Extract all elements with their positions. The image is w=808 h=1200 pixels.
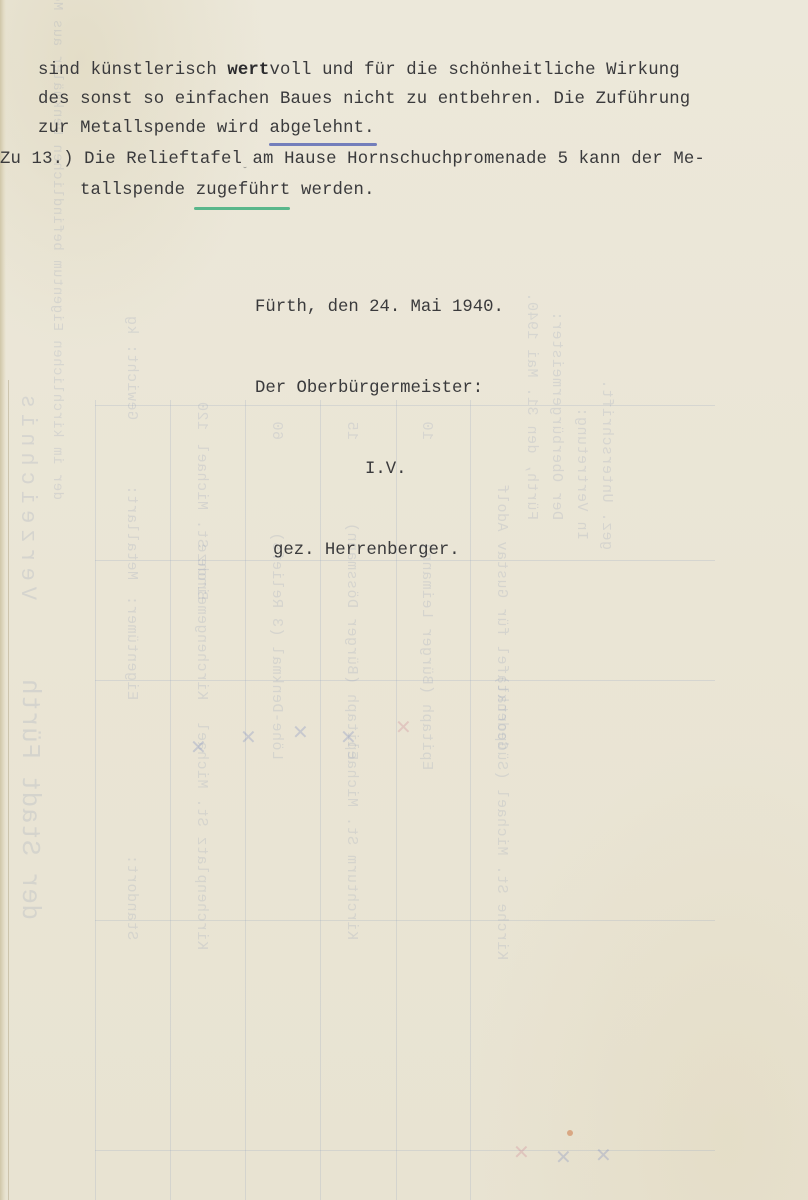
paragraph-line-2: des sonst so einfachen Baues nicht zu en… <box>38 85 690 114</box>
signed-by: gez. Herrenberger. <box>255 537 504 564</box>
signature-block: Fürth, den 24. Mai 1940. Der Oberbürgerm… <box>255 240 504 618</box>
bleed-x-mark: ✕ <box>240 725 257 749</box>
text-segment: werden. <box>290 181 374 200</box>
underlined-rejected-text: abgelehnt. <box>269 114 374 143</box>
bleed-table-line <box>95 1150 715 1151</box>
signatory-title: Der Oberbürgermeister: <box>255 375 504 402</box>
page-binding-edge <box>0 0 6 1200</box>
bleed-text: 120 <box>193 401 210 430</box>
bleed-table-line <box>95 400 96 1200</box>
bleed-text: Bronze <box>193 543 210 600</box>
bleed-text: der Stadt Fürth <box>15 678 45 920</box>
place-date: Fürth, den 24. Mai 1940. <box>255 294 504 321</box>
bold-text-segment: wert <box>227 61 269 80</box>
ink-stain <box>567 1130 573 1136</box>
bleed-x-mark: ✕ <box>513 1140 530 1164</box>
bleed-text: Kirchenplatz St. Michael <box>193 722 210 950</box>
bleed-text: Standort: <box>123 854 140 940</box>
bleed-x-mark: ✕ <box>340 725 357 749</box>
bleed-text: Kirchengemeinde St. Michael <box>193 443 210 700</box>
text-segment: zur Metallspende wird <box>38 119 269 138</box>
bleed-text: In Vertretung: <box>573 407 590 540</box>
document-page: Gewicht: kg Metallart: Eigentümer: Stand… <box>0 0 808 1200</box>
item-13-line-1: Zu 13.) Die Relieftafel am Hause Hornsch… <box>0 145 705 174</box>
text-segment: Die Relieftafel am Hause Hornschuchprome… <box>74 150 705 169</box>
bleed-x-mark: ✕ <box>190 735 207 759</box>
paragraph-line-1: sind künstlerisch wertvoll und für die s… <box>38 56 680 85</box>
bleed-text: Metallart: <box>123 485 140 580</box>
bleed-text: Gewicht: kg <box>123 315 140 420</box>
item-13-label: Zu 13.) <box>0 150 74 169</box>
bleed-text: Der Oberbürgermeister: <box>548 311 565 520</box>
item-13-line-2: tallspende zugeführt werden. <box>80 176 375 205</box>
bleed-x-mark: ✕ <box>292 720 309 744</box>
deputy-marker: I.V. <box>255 456 504 483</box>
bleed-x-mark: ✕ <box>395 715 412 739</box>
bleed-table-line <box>245 400 246 1200</box>
paragraph-line-3: zur Metallspende wird abgelehnt. <box>38 114 375 143</box>
text-segment: sind künstlerisch <box>38 61 227 80</box>
text-segment: voll und für die schönheitliche Wirkung <box>269 61 679 80</box>
bleed-table-line <box>170 400 171 1200</box>
bleed-text: Kirchturm St. Michael <box>343 740 360 940</box>
bleed-text: gez. Unterschrift. <box>598 379 615 550</box>
bleed-table-line <box>95 920 715 921</box>
bleed-table-line <box>95 680 715 681</box>
bleed-text: Kirche St. Michael (Südportal) <box>493 675 510 960</box>
bleed-text: Fürth, den 31. Mai 1940. <box>523 292 540 520</box>
bleed-text: Verzeichnis <box>15 389 40 600</box>
underlined-accepted-text: zugeführt <box>196 176 291 205</box>
bleed-text: Eigentümer: <box>123 595 140 700</box>
page-fold-line <box>8 380 9 1200</box>
text-segment: tallspende <box>80 181 196 200</box>
bleed-x-mark: ✕ <box>555 1145 572 1169</box>
bleed-x-mark: ✕ <box>595 1143 612 1167</box>
